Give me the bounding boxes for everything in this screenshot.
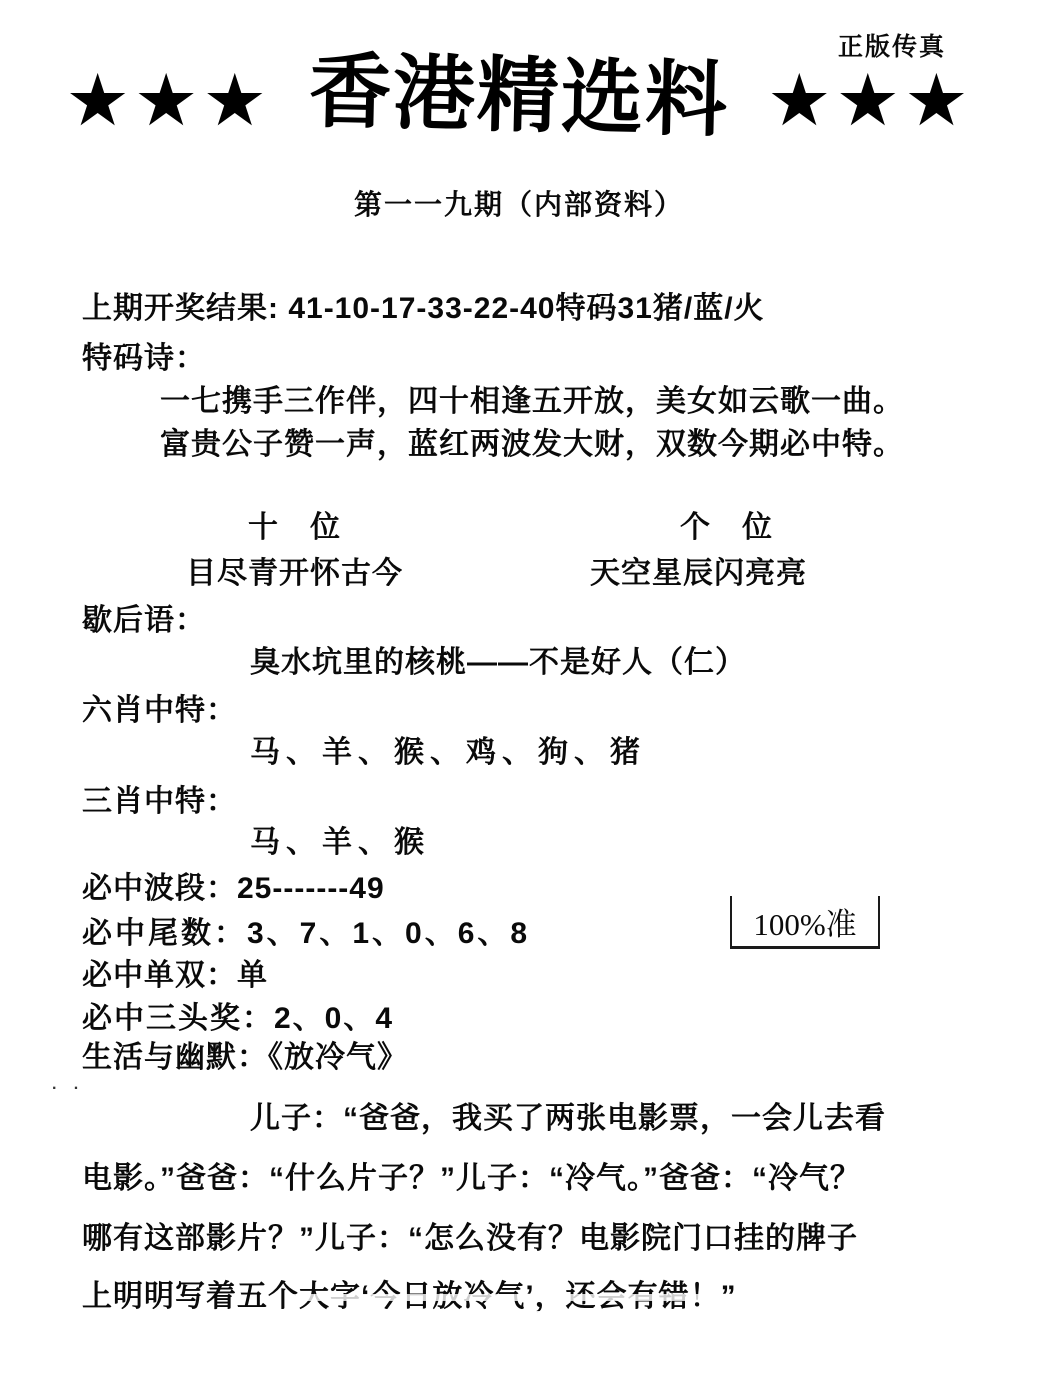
tens-digit-header: 十 位: [248, 511, 341, 544]
scan-fade-artifact: [290, 1294, 770, 1301]
special-poem-line-2: 富贵公子赞一声，蓝红两波发大财，双数今期必中特。: [160, 428, 904, 461]
fax-document-page: 正版传真 ★★★ 香港精选料 ★★★ 第一一九期（内部资料） 上期开奖结果: 4…: [0, 0, 1038, 1388]
xiehouyu-label: 歇后语：: [82, 604, 206, 637]
issue-subtitle: 第一一九期（内部资料）: [0, 190, 1038, 221]
three-zodiac-value: 马、羊、猴: [250, 826, 430, 859]
stars-left-icon: ★★★: [65, 65, 271, 137]
humor-section-title: 生活与幽默：《放冷气》: [82, 1041, 408, 1074]
odd-even-line: 必中单双：单: [82, 959, 268, 992]
six-zodiac-value: 马、羊、猴、鸡、狗、猪: [250, 736, 646, 769]
six-zodiac-label: 六肖中特：: [82, 694, 237, 727]
xiehouyu-text: 臭水坑里的核桃——不是好人（仁）: [250, 646, 746, 679]
scan-dot-artifact: · ·: [52, 1080, 85, 1098]
three-zodiac-label: 三肖中特：: [82, 785, 237, 818]
special-poem-label: 特码诗：: [82, 342, 206, 375]
scan-bottom-cut-artifact: [0, 1311, 1038, 1321]
head-numbers-line: 必中三头奖：2、0、4: [82, 1002, 394, 1035]
humor-paragraph-line-2: 电影。”爸爸：“什么片子？”儿子：“冷气。”爸爸：“冷气？: [82, 1162, 861, 1195]
humor-paragraph-line-3: 哪有这部影片？”儿子：“怎么没有？电影院门口挂的牌子: [82, 1222, 858, 1255]
ones-digit-verse: 天空星辰闪亮亮: [590, 557, 807, 590]
special-poem-line-1: 一七携手三作伴，四十相逢五开放，美女如云歌一曲。: [160, 385, 904, 418]
page-title: 香港精选料: [308, 51, 730, 143]
accuracy-badge: 100%准: [730, 896, 880, 949]
title-row: ★★★ 香港精选料 ★★★: [0, 56, 1038, 138]
number-band-line: 必中波段：25-------49: [82, 872, 385, 905]
last-draw-result-line: 上期开奖结果: 41-10-17-33-22-40特码31猪/蓝/火: [82, 292, 765, 325]
humor-paragraph-line-1: 儿子：“爸爸，我买了两张电影票，一会儿去看: [250, 1102, 886, 1135]
tens-digit-verse: 目尽青开怀古今: [186, 557, 403, 590]
ones-digit-header: 个 位: [680, 511, 773, 544]
tail-numbers-line: 必中尾数：3、7、1、0、6、8: [82, 917, 530, 950]
stars-right-icon: ★★★: [767, 65, 973, 137]
